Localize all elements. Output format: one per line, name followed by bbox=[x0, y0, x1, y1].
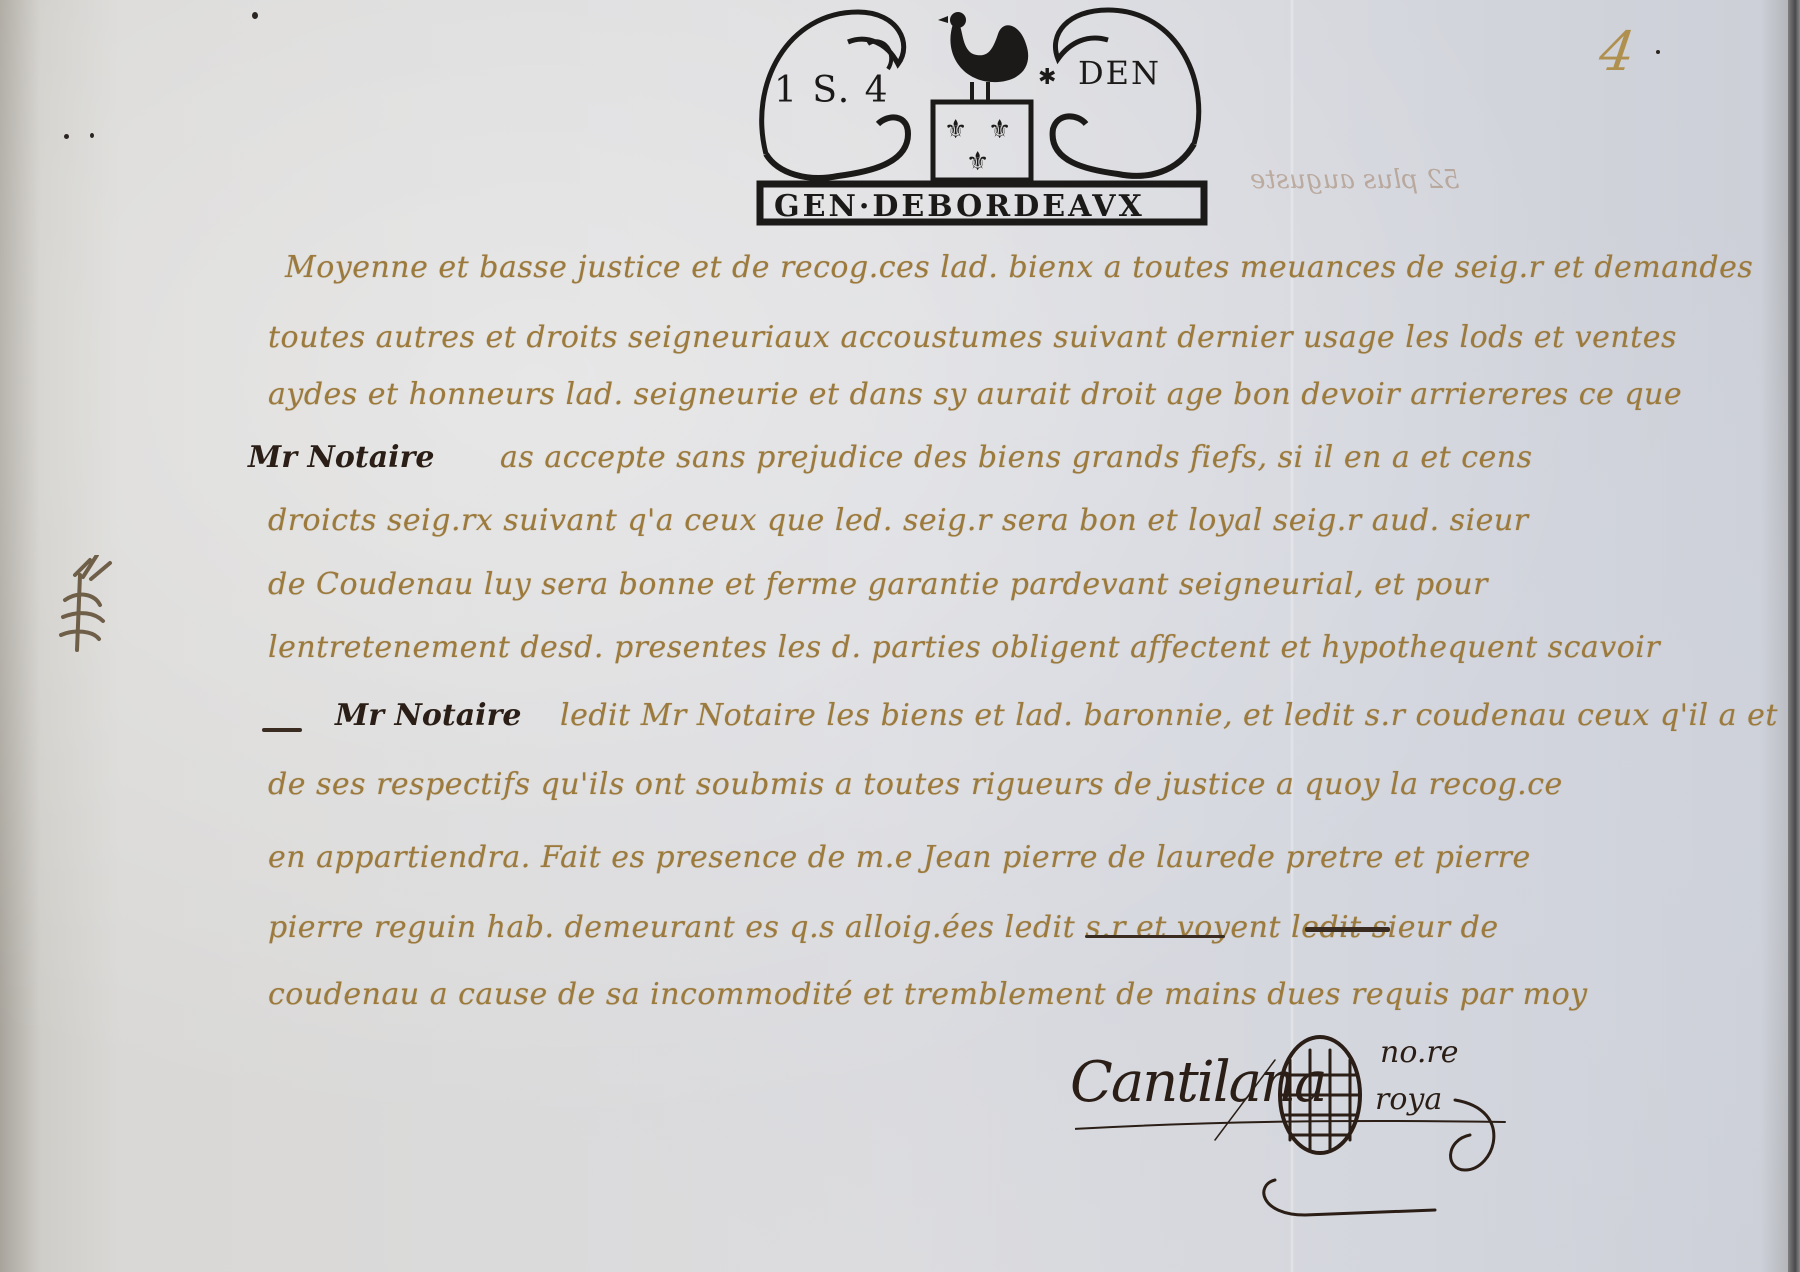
body-line: Moyenne et basse justice et de recog.ces… bbox=[285, 250, 1753, 285]
stamp-denomination: DEN bbox=[1078, 54, 1161, 92]
signature-name: Cantilana bbox=[1070, 1050, 1325, 1115]
notary-signature: Cantilana no.re roya bbox=[1075, 1020, 1675, 1220]
binding-thread-knot bbox=[55, 555, 115, 665]
signature-title-line2: roya bbox=[1375, 1082, 1442, 1117]
stamp-value: 1 S. 4 bbox=[774, 70, 890, 111]
rooster-icon bbox=[938, 12, 1028, 102]
tax-stamp: ⚜ ⚜ ⚜ ✱ 1 S. 4 DEN GEN·DEBORDEAVX bbox=[748, 4, 1212, 226]
body-line: as accepte sans prejudice des biens gran… bbox=[500, 440, 1532, 475]
signature-title-line1: no.re bbox=[1380, 1035, 1459, 1070]
strikethrough-mark bbox=[262, 728, 302, 732]
ink-speck bbox=[64, 134, 69, 139]
body-line: de ses respectifs qu'ils ont soubmis a t… bbox=[268, 767, 1563, 802]
svg-text:⚜: ⚜ bbox=[944, 115, 967, 145]
stamp-graphic: ⚜ ⚜ ⚜ ✱ 1 S. 4 DEN GEN·DEBORDEAVX bbox=[748, 4, 1212, 226]
star-ornament-icon: ✱ bbox=[1038, 65, 1056, 90]
body-line: coudenau a cause de sa incommodité et tr… bbox=[268, 977, 1588, 1012]
body-line: de Coudenau luy sera bonne et ferme gara… bbox=[268, 567, 1488, 602]
svg-text:⚜: ⚜ bbox=[966, 147, 989, 177]
fleur-de-lis-icon: ⚜ ⚜ ⚜ bbox=[944, 115, 1011, 177]
svg-text:⚜: ⚜ bbox=[988, 115, 1011, 145]
body-line: lentretenement desd. presentes les d. pa… bbox=[268, 630, 1660, 665]
body-line: toutes autres et droits seigneuriaux acc… bbox=[268, 320, 1677, 355]
margin-note-notaire: Mr Notaire bbox=[248, 440, 434, 475]
bleed-through-text: 52 plus auguste bbox=[1250, 165, 1459, 195]
margin-note-notaire: Mr Notaire bbox=[335, 698, 521, 733]
strikethrough-mark bbox=[1085, 935, 1225, 938]
page-edge-frame bbox=[1788, 0, 1800, 1272]
ink-speck bbox=[90, 133, 94, 138]
strikethrough-mark bbox=[1305, 927, 1390, 932]
stamp-banner: GEN·DEBORDEAVX bbox=[774, 189, 1145, 224]
body-line: ledit Mr Notaire les biens et lad. baron… bbox=[560, 698, 1778, 733]
ink-speck bbox=[1656, 50, 1660, 54]
ink-speck bbox=[252, 12, 258, 19]
body-line: droicts seig.rx suivant q'a ceux que led… bbox=[268, 503, 1529, 538]
body-line: aydes et honneurs lad. seigneurie et dan… bbox=[268, 377, 1682, 412]
body-line: en appartiendra. Fait es presence de m.e… bbox=[268, 840, 1531, 875]
